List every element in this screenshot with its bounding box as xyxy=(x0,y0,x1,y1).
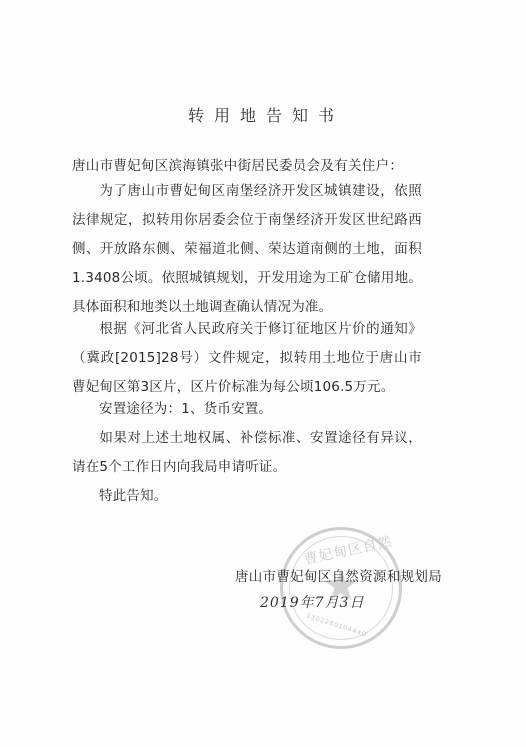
signature-date: 2019年7月3日 xyxy=(260,592,364,612)
document-title: 转用地告知书 xyxy=(0,103,526,126)
paragraph-compensation: 根据《河北省人民政府关于修订征地区片价的通知》（冀政[2015]28号）文件规定… xyxy=(72,315,422,402)
document-page: 转用地告知书 唐山市曹妃甸区滨海镇张中街居民委员会及有关住户： 为了唐山市曹妃甸… xyxy=(0,0,526,747)
paragraph-text: 安置途径为：1、货币安置。 xyxy=(99,401,272,417)
paragraph-purpose: 为了唐山市曹妃甸区南堡经济开发区城镇建设，依照法律规定，拟转用你居委会位于南堡经… xyxy=(72,177,422,322)
signer: 唐山市曹妃甸区自然资源和规划局 xyxy=(235,565,442,585)
official-seal: 曹妃甸区自然 ★ 130228010444O xyxy=(280,527,402,649)
paragraph-closing: 特此告知。 xyxy=(72,482,422,511)
paragraph-text: 特此告知。 xyxy=(99,488,168,504)
paragraph-hearing: 如果对上述土地权属、补偿标准、安置途径有异议，请在5个工作日内向我局申请听证。 xyxy=(72,424,422,482)
salutation: 唐山市曹妃甸区滨海镇张中街居民委员会及有关住户： xyxy=(72,154,403,174)
paragraph-resettlement: 安置途径为：1、货币安置。 xyxy=(72,395,422,424)
paragraph-text: 为了唐山市曹妃甸区南堡经济开发区城镇建设，依照法律规定，拟转用你居委会位于南堡经… xyxy=(72,183,422,315)
paragraph-text: 根据《河北省人民政府关于修订征地区片价的通知》（冀政[2015]28号）文件规定… xyxy=(72,321,422,395)
paragraph-text: 如果对上述土地权属、补偿标准、安置途径有异议，请在5个工作日内向我局申请听证。 xyxy=(72,430,422,475)
